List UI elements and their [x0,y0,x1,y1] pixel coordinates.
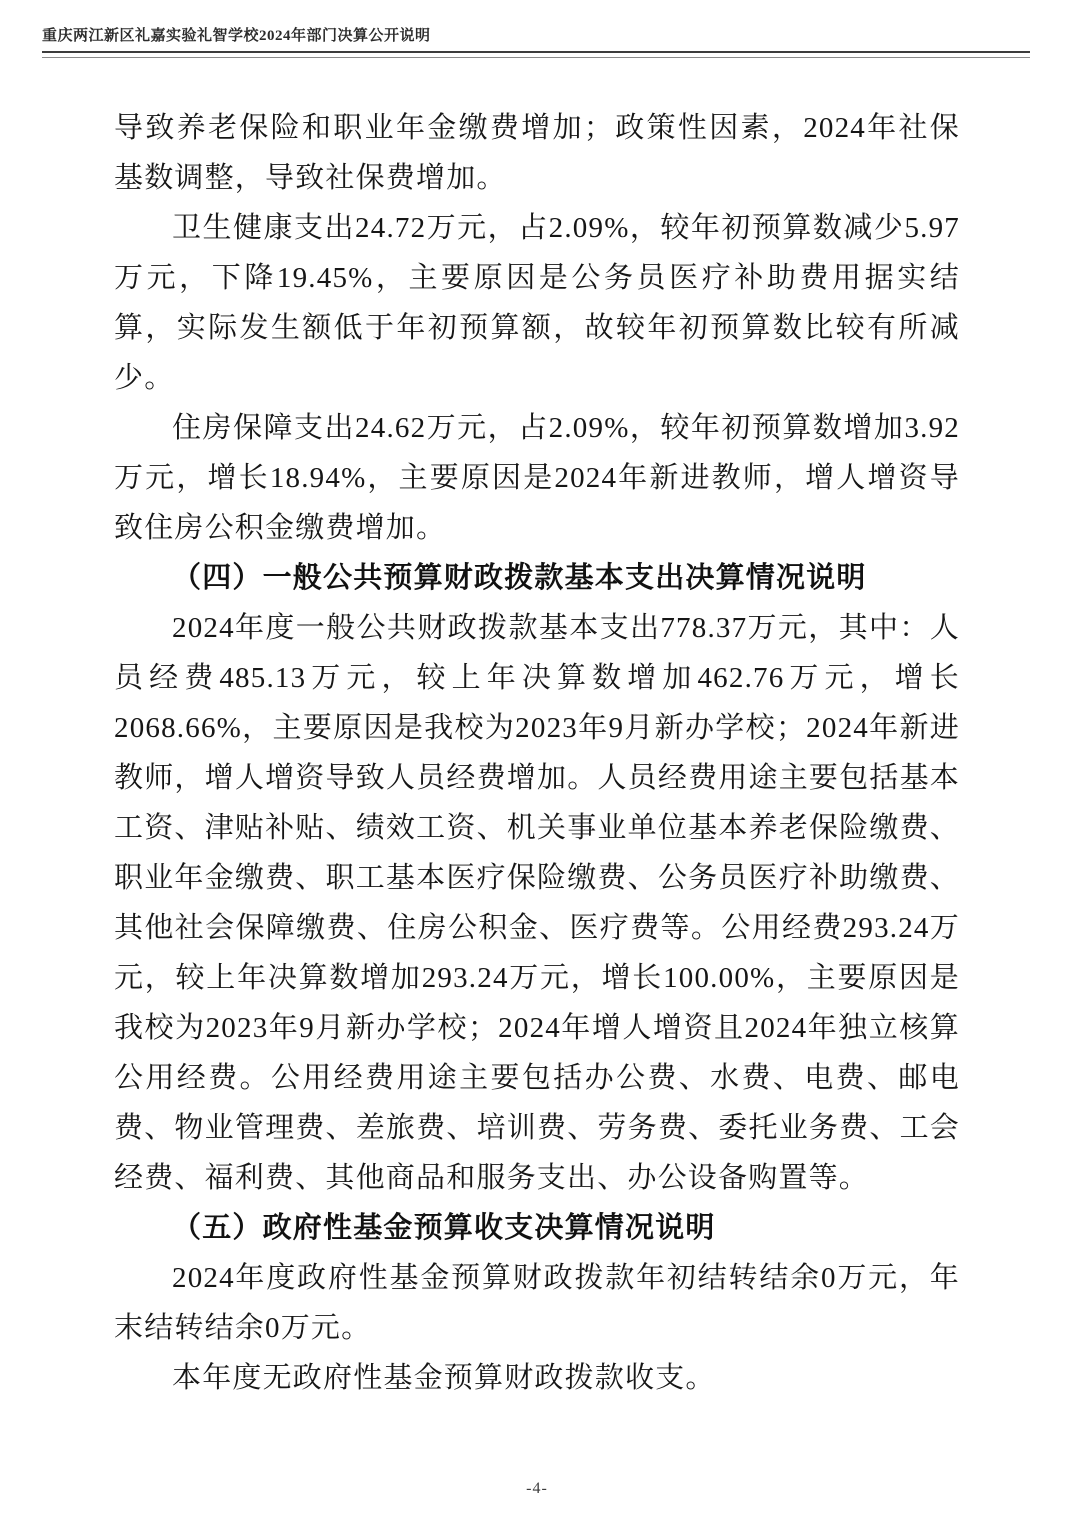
document-page: 重庆两江新区礼嘉实验礼智学校2024年部门决算公开说明 导致养老保险和职业年金缴… [0,0,1074,1520]
body-paragraph-government-fund-balance: 2024年度政府性基金预算财政拨款年初结转结余0万元，年末结转结余0万元。 [114,1253,960,1353]
document-body: 导致养老保险和职业年金缴费增加；政策性因素，2024年社保基数调整，导致社保费增… [114,103,960,1403]
body-paragraph-health-expenditure: 卫生健康支出24.72万元，占2.09%，较年初预算数减少5.97万元，下降19… [114,203,960,403]
section-heading-four: （四）一般公共预算财政拨款基本支出决算情况说明 [114,553,960,603]
section-heading-five: （五）政府性基金预算收支决算情况说明 [114,1203,960,1253]
body-paragraph-housing-expenditure: 住房保障支出24.62万元，占2.09%，较年初预算数增加3.92万元，增长18… [114,403,960,553]
header-rule-divider [42,51,1030,58]
body-paragraph-continuation: 导致养老保险和职业年金缴费增加；政策性因素，2024年社保基数调整，导致社保费增… [114,103,960,203]
body-paragraph-no-fund-activity: 本年度无政府性基金预算财政拨款收支。 [114,1353,960,1403]
page-footer: -4- [0,1480,1074,1498]
header-title: 重庆两江新区礼嘉实验礼智学校2024年部门决算公开说明 [42,26,1030,46]
page-number: -4- [526,1480,548,1497]
body-paragraph-basic-expenditure-detail: 2024年度一般公共财政拨款基本支出778.37万元，其中：人员经费485.13… [114,603,960,1203]
page-header: 重庆两江新区礼嘉实验礼智学校2024年部门决算公开说明 [42,26,1030,58]
